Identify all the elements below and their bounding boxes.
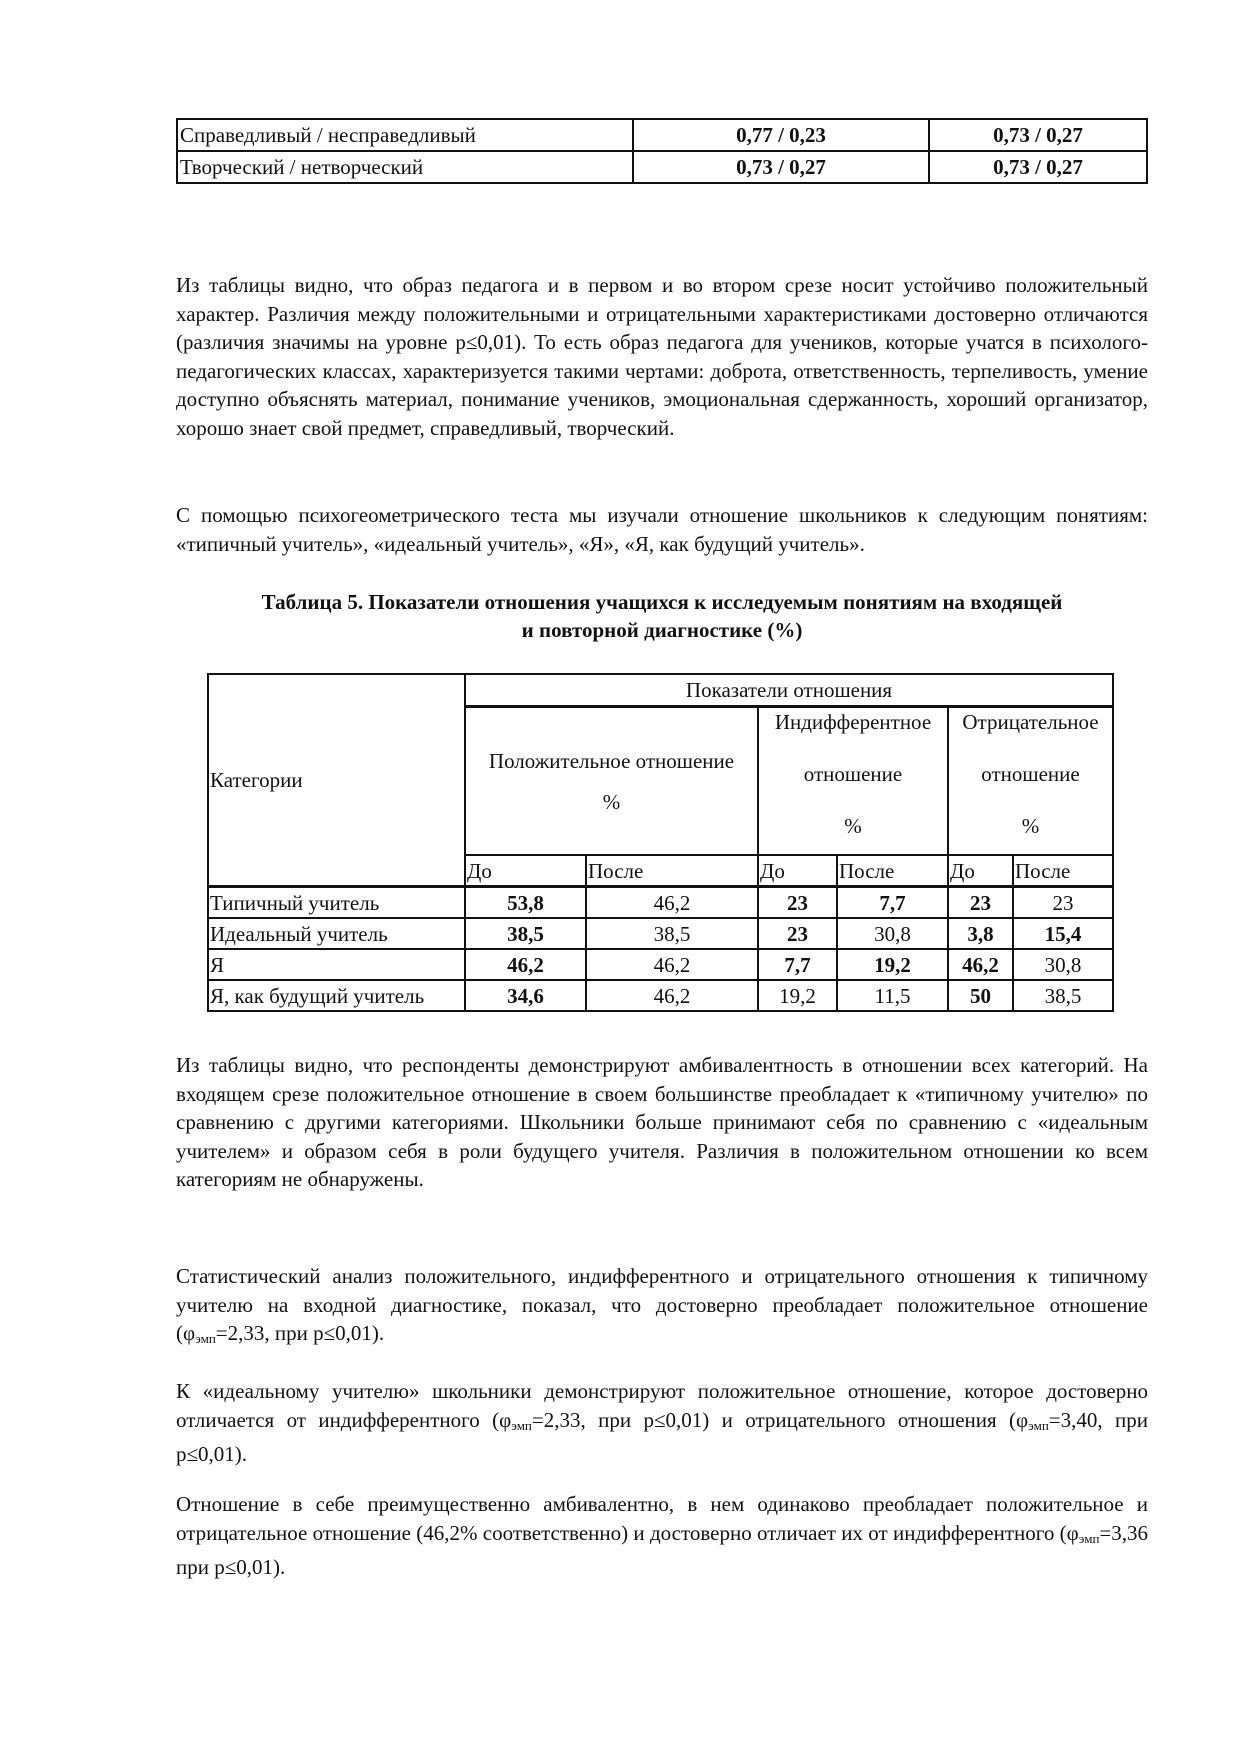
value-cell: 11,5 <box>837 980 948 1011</box>
value-cell: 7,7 <box>837 887 948 919</box>
subscript: эмп <box>195 1331 216 1346</box>
table-row: Типичный учитель 53,8 46,2 23 7,7 23 23 <box>208 887 1113 919</box>
paragraph-ideal-teacher-stats: К «идеальному учителю» школьники демонст… <box>176 1377 1148 1469</box>
table-row: Идеальный учитель 38,5 38,5 23 30,8 3,8 … <box>208 918 1113 949</box>
value-cell: 23 <box>758 918 837 949</box>
value-cell: 46,2 <box>586 949 758 980</box>
first-slice-cell: 0,73 / 0,27 <box>633 151 929 183</box>
category-cell: Я, как будущий учитель <box>208 980 465 1011</box>
table5-caption: Таблица 5. Показатели отношения учащихся… <box>176 588 1148 644</box>
text: Отношение в себе преимущественно амбивал… <box>176 1492 1148 1545</box>
value-cell: 34,6 <box>465 980 586 1011</box>
value-cell: 30,8 <box>1013 949 1113 980</box>
header-negative-label: Отрицательное <box>950 708 1111 736</box>
paragraph-teacher-image: Из таблицы видно, что образ педагога и в… <box>176 271 1148 442</box>
subscript: эмп <box>1028 1418 1049 1433</box>
header-negative-unit: % <box>950 812 1111 840</box>
header-indicators: Показатели отношения <box>465 674 1113 707</box>
value-cell: 23 <box>948 887 1013 919</box>
table-row: Я, как будущий учитель 34,6 46,2 19,2 11… <box>208 980 1113 1011</box>
value-cell: 3,8 <box>948 918 1013 949</box>
category-cell: Я <box>208 949 465 980</box>
paragraph-typical-teacher-stats: Статистический анализ положительного, ин… <box>176 1262 1148 1354</box>
header-negative: Отрицательное отношение % <box>948 707 1113 856</box>
header-positive-label: Положительное отношение <box>467 747 756 775</box>
text: =2,33, при p≤0,01) и отрицательного отно… <box>532 1408 1028 1432</box>
subscript: эмп <box>511 1418 532 1433</box>
header-negative-label-2: отношение <box>950 760 1111 788</box>
value-cell: 46,2 <box>465 949 586 980</box>
header-before: До <box>465 855 586 887</box>
header-after: После <box>1013 855 1113 887</box>
category-cell: Идеальный учитель <box>208 918 465 949</box>
table-row: Я 46,2 46,2 7,7 19,2 46,2 30,8 <box>208 949 1113 980</box>
value-cell: 53,8 <box>465 887 586 919</box>
paragraph-ambivalence: Из таблицы видно, что респонденты демонс… <box>176 1051 1148 1194</box>
value-cell: 15,4 <box>1013 918 1113 949</box>
caption-line-2: и повторной диагностике (%) <box>522 618 803 642</box>
value-cell: 19,2 <box>837 949 948 980</box>
value-cell: 46,2 <box>586 887 758 919</box>
subscript: эмп <box>1079 1531 1100 1546</box>
header-categories: Категории <box>208 674 465 887</box>
value-cell: 38,5 <box>465 918 586 949</box>
first-slice-cell: 0,77 / 0,23 <box>633 119 929 151</box>
table-row: Творческий / нетворческий 0,73 / 0,27 0,… <box>177 151 1147 183</box>
text: =2,33, при p≤0,01). <box>216 1321 384 1345</box>
value-cell: 23 <box>1013 887 1113 919</box>
value-cell: 46,2 <box>586 980 758 1011</box>
value-cell: 38,5 <box>1013 980 1113 1011</box>
trait-cell: Творческий / нетворческий <box>177 151 633 183</box>
value-cell: 7,7 <box>758 949 837 980</box>
value-cell: 46,2 <box>948 949 1013 980</box>
paragraph-self-attitude-stats: Отношение в себе преимущественно амбивал… <box>176 1490 1148 1582</box>
attitude-table: Категории Показатели отношения Положител… <box>207 673 1114 1012</box>
header-indifferent: Индифферентное отношение % <box>758 707 948 856</box>
paragraph-psychogeometric-test: С помощью психогеометрического теста мы … <box>176 501 1148 558</box>
table-row: Справедливый / несправедливый 0,77 / 0,2… <box>177 119 1147 151</box>
second-slice-cell: 0,73 / 0,27 <box>929 119 1147 151</box>
value-cell: 19,2 <box>758 980 837 1011</box>
header-indifferent-label-2: отношение <box>760 760 946 788</box>
trait-cell: Справедливый / несправедливый <box>177 119 633 151</box>
category-cell: Типичный учитель <box>208 887 465 919</box>
header-indifferent-unit: % <box>760 812 946 840</box>
header-after: После <box>586 855 758 887</box>
header-positive: Положительное отношение % <box>465 707 758 856</box>
caption-line-1: Таблица 5. Показатели отношения учащихся… <box>262 590 1063 614</box>
value-cell: 23 <box>758 887 837 919</box>
header-before: До <box>758 855 837 887</box>
header-after: После <box>837 855 948 887</box>
header-positive-unit: % <box>467 788 756 816</box>
header-indifferent-label: Индифферентное <box>760 708 946 736</box>
second-slice-cell: 0,73 / 0,27 <box>929 151 1147 183</box>
value-cell: 38,5 <box>586 918 758 949</box>
traits-table: Справедливый / несправедливый 0,77 / 0,2… <box>176 118 1148 184</box>
value-cell: 50 <box>948 980 1013 1011</box>
header-before: До <box>948 855 1013 887</box>
value-cell: 30,8 <box>837 918 948 949</box>
